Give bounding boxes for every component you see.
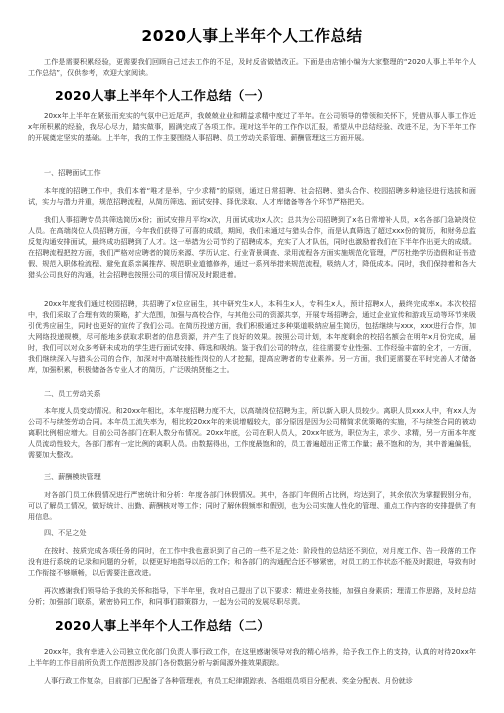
section-heading-recruitment: 一、招聘面试工作 [28,167,476,178]
closing-paragraph: 再次感谢我们领导给予我的关怀和指导，下半年里，我对自己提出了以下要求：精进业务技… [28,585,476,607]
payroll-paragraph: 对各部门员工休假情况进行严密统计和分析：年度各部门休假情况。其中，各部门年假所占… [28,489,476,522]
recruitment-paragraph-3: 20xx年度我们通过校园招聘，共招聘了x位应届生，其中研究生x人，本科生x人，专… [28,298,476,375]
recruitment-paragraph-2: 我们人事招聘专员共筛选简历x份；面试安排月平均x次，月面试成功x人次；总共为公司… [28,214,476,280]
part1-title: 2020人事上半年个人工作总结（一） [55,86,270,104]
intro-paragraph: 工作是需要积累经验，更需要我们回顾自己过去工作的不足，及时反省做错改正。下面是由… [28,56,476,78]
part2-title: 2020人事上半年个人工作总结（二） [55,616,270,634]
part2-paragraph-1: 20xx年，我有幸进入公司独立优化部门负责人事行政工作，在这里感谢领导对我的精心… [28,646,476,668]
section-heading-labor-relations: 二、员工劳动关系 [28,388,476,399]
document-page: 2020人事上半年个人工作总结 工作是需要积累经验，更需要我们回顾自己过去工作的… [0,0,504,713]
document-title: 2020人事上半年个人工作总结 [0,24,504,46]
labor-relations-paragraph: 本年度人员变动情况。和20xx年相比，本年度招聘力度不大，以高端岗位招聘为主，所… [28,405,476,460]
part1-opening: 20xx年上半年在紧张而充实的气氛中已近尾声，我兢兢业业和精益求精中度过了半年。… [28,110,476,143]
section-heading-shortcomings: 四、不足之处 [28,527,476,538]
shortcomings-paragraph: 在按时、按质完成各项任务的同时，在工作中我也意识到了自己的一些不足之处：阶段性的… [28,545,476,578]
part2-paragraph-2: 人事行政工作复杂，目前部门已配备了各种管理表，有员工纪律跟踪表、各组组员项目分配… [28,675,476,686]
section-heading-payroll: 三、薪酬模块管理 [28,471,476,482]
recruitment-paragraph-1: 本年度的招聘工作中，我们本着“唯才是举，宁少求精”的原则，通过日常招聘、社会招聘… [28,185,476,207]
